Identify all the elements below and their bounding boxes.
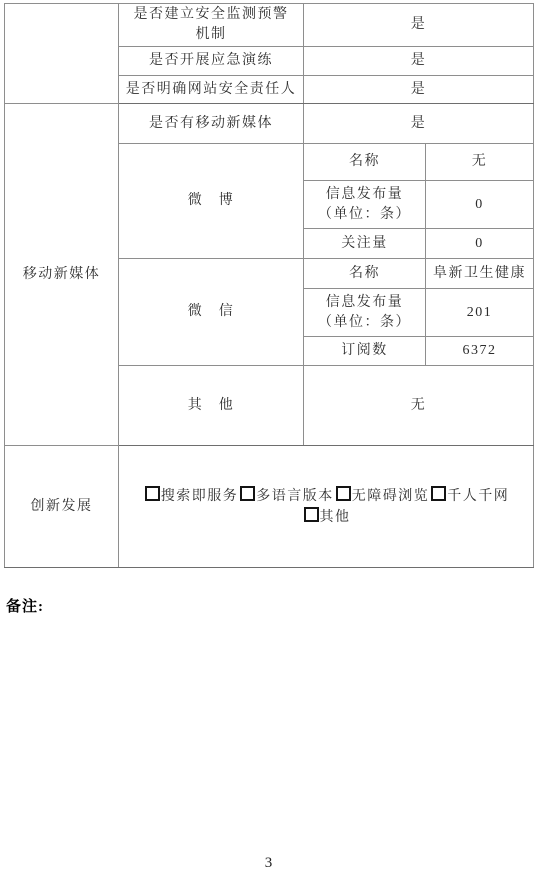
value-has-mobile-media: 是 <box>304 104 534 144</box>
checkbox-icon[interactable] <box>431 486 446 501</box>
cell-weibo-label: 微 博 <box>119 144 304 259</box>
option-label: 无障碍浏览 <box>352 489 430 504</box>
option-label: 多语言版本 <box>256 489 334 504</box>
checkbox-icon[interactable] <box>145 486 160 501</box>
option-label: 搜索即服务 <box>161 489 239 504</box>
label-line: 是否建立安全监测预警 <box>134 7 289 22</box>
row-label-emergency-drill: 是否开展应急演练 <box>119 47 304 76</box>
weibo-name-value: 无 <box>426 144 534 181</box>
row-label-security-monitoring: 是否建立安全监测预警 机制 <box>119 4 304 47</box>
row-label-has-mobile-media: 是否有移动新媒体 <box>119 104 304 144</box>
notes-label: 备注: <box>6 595 44 616</box>
cell-other-media-label: 其 他 <box>119 366 304 446</box>
wechat-posts-value: 201 <box>426 289 534 337</box>
weibo-followers-value: 0 <box>426 229 534 259</box>
innovation-options-cell: 搜索即服务多语言版本无障碍浏览千人千网其他 <box>119 446 534 568</box>
wechat-subscribers-value: 6372 <box>426 337 534 366</box>
report-page: 是否建立安全监测预警 机制 是 是否开展应急演练 是 是否明确网站安全责任人 是… <box>0 0 537 880</box>
option-label: 其他 <box>320 510 351 525</box>
cell-other-media-value: 无 <box>304 366 534 446</box>
wechat-posts-label: 信息发布量 （单位：条） <box>304 289 426 337</box>
label-line: 机制 <box>196 27 227 42</box>
value-emergency-drill: 是 <box>304 47 534 76</box>
value-security-monitoring: 是 <box>304 4 534 47</box>
weibo-posts-value: 0 <box>426 181 534 229</box>
wechat-subscribers-label: 订阅数 <box>304 337 426 366</box>
checkbox-icon[interactable] <box>240 486 255 501</box>
row-label-security-responsible: 是否明确网站安全责任人 <box>119 76 304 104</box>
label-line: （单位：条） <box>318 207 411 222</box>
page-number: 3 <box>0 855 537 872</box>
cell-wechat-label: 微 信 <box>119 259 304 366</box>
section-cell-empty <box>5 4 119 104</box>
weibo-posts-label: 信息发布量 （单位：条） <box>304 181 426 229</box>
value-security-responsible: 是 <box>304 76 534 104</box>
checkbox-icon[interactable] <box>304 507 319 522</box>
option-personalized: 千人千网 <box>429 489 509 504</box>
checkbox-icon[interactable] <box>336 486 351 501</box>
option-search-as-service: 搜索即服务 <box>143 489 239 504</box>
section-cell-mobile-media: 移动新媒体 <box>5 104 119 446</box>
annual-report-table: 是否建立安全监测预警 机制 是 是否开展应急演练 是 是否明确网站安全责任人 是… <box>4 3 534 568</box>
weibo-name-label: 名称 <box>304 144 426 181</box>
wechat-name-value: 阜新卫生健康 <box>426 259 534 289</box>
label-line: 信息发布量 <box>326 187 404 202</box>
section-cell-innovation: 创新发展 <box>5 446 119 568</box>
option-label: 千人千网 <box>447 489 509 504</box>
weibo-followers-label: 关注量 <box>304 229 426 259</box>
wechat-name-label: 名称 <box>304 259 426 289</box>
label-line: 信息发布量 <box>326 295 404 310</box>
option-multilingual: 多语言版本 <box>238 489 334 504</box>
option-other: 其他 <box>302 510 351 525</box>
label-line: （单位：条） <box>318 315 411 330</box>
option-accessibility: 无障碍浏览 <box>334 489 430 504</box>
